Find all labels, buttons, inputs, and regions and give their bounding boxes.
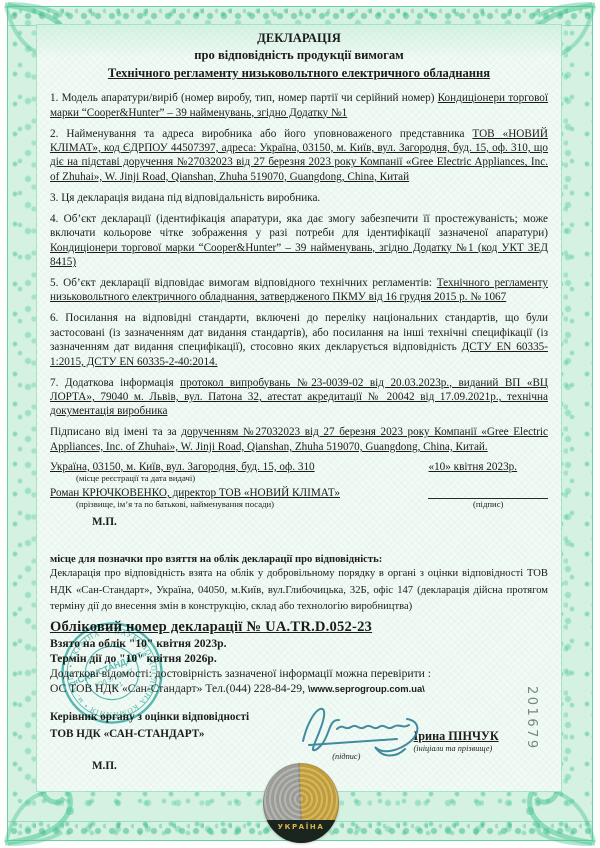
issue-date: «10» квітня 2023р. [428, 461, 548, 473]
additional-details-line: Додаткові відомості: достовірність зазна… [50, 666, 548, 681]
p1-label: 1. Модель апаратури/виріб (номер виробу,… [50, 92, 438, 104]
registration-place: Україна, 03150, м. Київ, вул. Загородня,… [50, 461, 399, 473]
document-body: ДЕКЛАРАЦІЯ про відповідність продукції в… [36, 24, 562, 792]
registration-number: Обліковий номер декларації № UA.TR.D.052… [50, 619, 548, 636]
document-subtitle: про відповідність продукції вимогам [50, 47, 548, 64]
approver-org: ТОВ НДК «САН-СТАНДАРТ» [50, 726, 279, 743]
registration-date-line: Взято на облік "10" квітня 2023р. [50, 636, 548, 651]
paragraph-object: 4. Об’єкт декларації (ідентифікація апар… [50, 212, 548, 270]
p4-label: 4. Об’єкт декларації (ідентифікація апар… [50, 213, 548, 239]
registration-mark-title: місце для позначки про взяття на облік д… [50, 554, 548, 565]
p4-value: Кондиціонери торгової марки “Cooper&Hunt… [50, 242, 548, 268]
declaration-document: ДЕКЛАРАЦІЯ про відповідність продукції в… [0, 0, 600, 848]
document-title: ДЕКЛАРАЦІЯ [50, 30, 548, 47]
paragraph-signed-on-behalf: Підписано від імені та за дорученням №27… [50, 425, 548, 454]
registration-place-caption: (місце реєстрації та дата видачі) [76, 473, 399, 484]
p7-label: 7. Додаткова інформація [50, 377, 180, 389]
paragraph-manufacturer: 2. Найменування та адреса виробника або … [50, 127, 548, 185]
validity-term-line: Термін дії до "10" квітня 2026р. [50, 651, 548, 666]
regulation-title: Технічного регламенту низьковольтного ел… [50, 65, 548, 82]
paragraph-responsibility: 3. Ця декларація видана під відповідальн… [50, 191, 548, 205]
signature-caption: (підпис) [428, 499, 548, 510]
signer-caption: (прізвище, ім’я та по батькові, найменув… [76, 499, 399, 510]
spacer [50, 528, 548, 554]
seal-placeholder: М.П. [92, 758, 279, 775]
signer-name: Роман КРЮЧКОВЕНКО, директор ТОВ «НОВИЙ К… [50, 487, 399, 499]
hologram-country-label: УКРАЇНА [278, 823, 325, 831]
signed-label: Підписано від імені та за [50, 426, 181, 438]
paragraph-model: 1. Модель апаратури/виріб (номер виробу,… [50, 91, 548, 120]
p3-label: 3. Ця декларація видана під відповідальн… [50, 192, 320, 204]
signing-place-row: Україна, 03150, м. Київ, вул. Загородня,… [50, 461, 548, 484]
registration-mark-body: Декларація про відповідність взята на об… [50, 566, 548, 615]
paragraph-regulations: 5. Об’єкт декларації відповідає вимогам … [50, 276, 548, 305]
handwritten-signature [279, 689, 429, 761]
p5-label: 5. Об’єкт декларації відповідає вимогам … [50, 277, 437, 289]
seal-placeholder: М.П. [92, 516, 399, 528]
hologram-seal: УКРАЇНА [263, 763, 339, 843]
signature-line [428, 487, 548, 499]
contact-text: ОС ТОВ НДК «Сан-Стандарт» Тел.(044) 228-… [50, 682, 308, 695]
form-serial-number: 201679 [524, 686, 539, 751]
p2-label: 2. Найменування та адреса виробника або … [50, 128, 472, 140]
approver-role: Керівник органу з оцінки відповідності [50, 709, 279, 726]
signing-person-row: Роман КРЮЧКОВЕНКО, директор ТОВ «НОВИЙ К… [50, 487, 548, 528]
paragraph-standards: 6. Посилання на відповідні стандарти, вк… [50, 311, 548, 369]
hologram-band: УКРАЇНА [263, 820, 339, 843]
paragraph-additional-info: 7. Додаткова інформація протокол випробу… [50, 376, 548, 419]
document-header: ДЕКЛАРАЦІЯ про відповідність продукції в… [50, 30, 548, 82]
